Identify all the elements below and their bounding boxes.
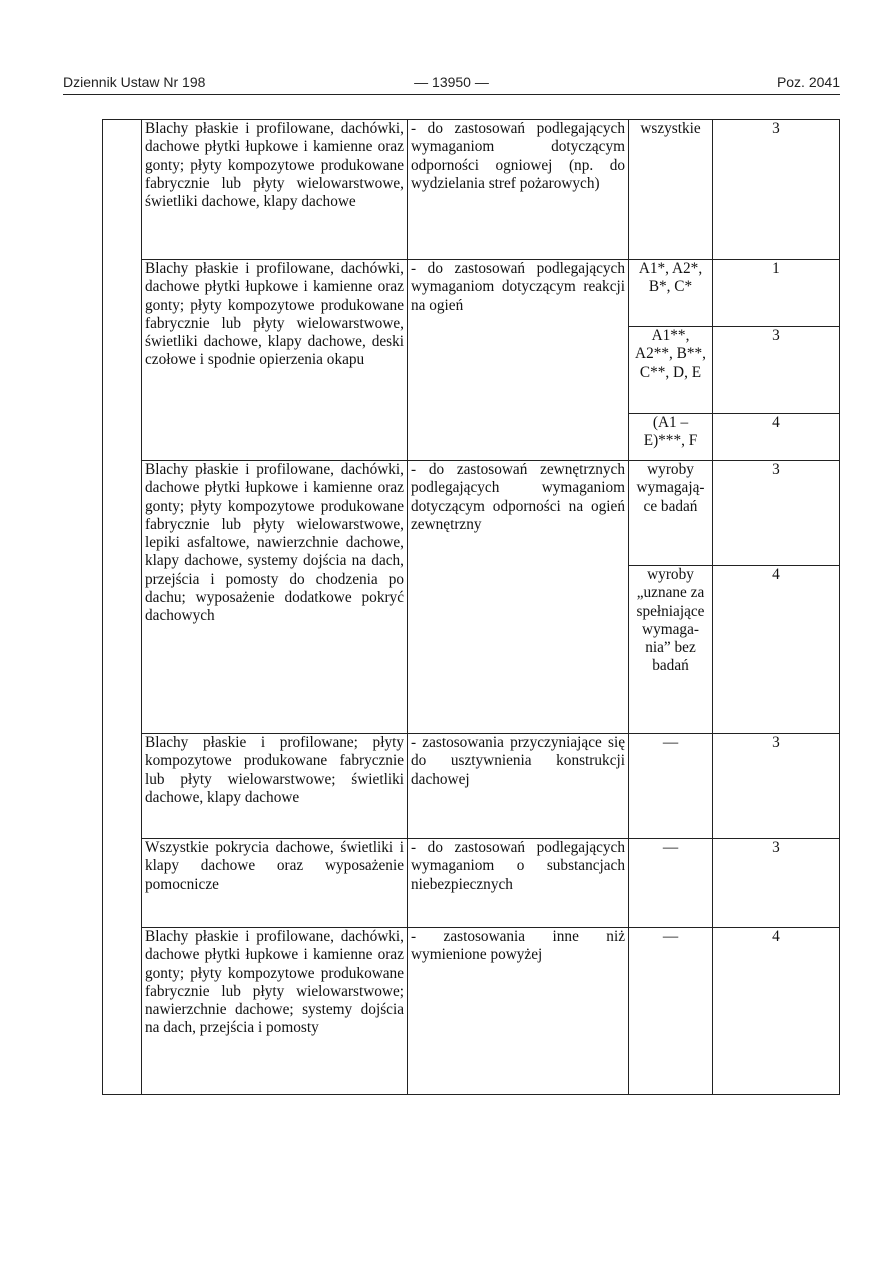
system-cell: 3: [713, 734, 840, 839]
system-cell: 1: [713, 260, 840, 327]
class-cell: wyroby „uznane za spełniające wymaga- ni…: [629, 566, 713, 734]
system-cell: 3: [713, 120, 840, 260]
system-cell: 3: [713, 839, 840, 928]
product-cell: Blachy płaskie i profilowane, dachówki, …: [142, 461, 408, 734]
class-cell: (A1 – E)***, F: [629, 414, 713, 461]
application-cell: - zastosowania przyczyniające się do usz…: [408, 734, 629, 839]
class-cell: A1**, A2**, B**, C**, D, E: [629, 327, 713, 414]
table-row: Blachy płaskie i profilowane, dachówki, …: [103, 461, 840, 566]
system-cell: 3: [713, 461, 840, 566]
class-cell: —: [629, 734, 713, 839]
application-cell: - do zastosowań podlegających wymaganiom…: [408, 839, 629, 928]
product-cell: Blachy płaskie i profilowane, dachówki, …: [142, 928, 408, 1095]
product-cell: Blachy płaskie i profilowane; płyty komp…: [142, 734, 408, 839]
class-cell: wszystkie: [629, 120, 713, 260]
table-row: Blachy płaskie i profilowane, dachówki, …: [103, 928, 840, 1095]
page-number: — 13950 —: [63, 74, 840, 90]
page-header: Dziennik Ustaw Nr 198 — 13950 — Poz. 204…: [63, 72, 840, 95]
system-cell: 3: [713, 327, 840, 414]
table-row: Blachy płaskie i profilowane, dachówki, …: [103, 120, 840, 260]
system-cell: 4: [713, 566, 840, 734]
product-cell: Blachy płaskie i profilowane, dachówki, …: [142, 260, 408, 461]
application-cell: - zastosowania inne niż wymienione powyż…: [408, 928, 629, 1095]
product-cell: Wszystkie pokrycia dachowe, świetliki i …: [142, 839, 408, 928]
system-cell: 4: [713, 414, 840, 461]
table-row: Wszystkie pokrycia dachowe, świetliki i …: [103, 839, 840, 928]
product-cell: Blachy płaskie i profilowane, dachówki, …: [142, 120, 408, 260]
blank-lead-column: [103, 120, 142, 1095]
certification-table: Blachy płaskie i profilowane, dachówki, …: [102, 119, 840, 1095]
application-cell: - do zastosowań podlegających wymaganiom…: [408, 120, 629, 260]
class-cell: A1*, A2*, B*, C*: [629, 260, 713, 327]
application-cell: - do zastosowań podlegających wymaganiom…: [408, 260, 629, 461]
class-cell: —: [629, 839, 713, 928]
application-cell: - do zastosowań zewnętrznych podlegający…: [408, 461, 629, 734]
table-row: Blachy płaskie i profilowane, dachówki, …: [103, 260, 840, 327]
position-number: Poz. 2041: [777, 74, 840, 90]
class-cell: —: [629, 928, 713, 1095]
class-cell: wyroby wymagają- ce badań: [629, 461, 713, 566]
table-row: Blachy płaskie i profilowane; płyty komp…: [103, 734, 840, 839]
system-cell: 4: [713, 928, 840, 1095]
